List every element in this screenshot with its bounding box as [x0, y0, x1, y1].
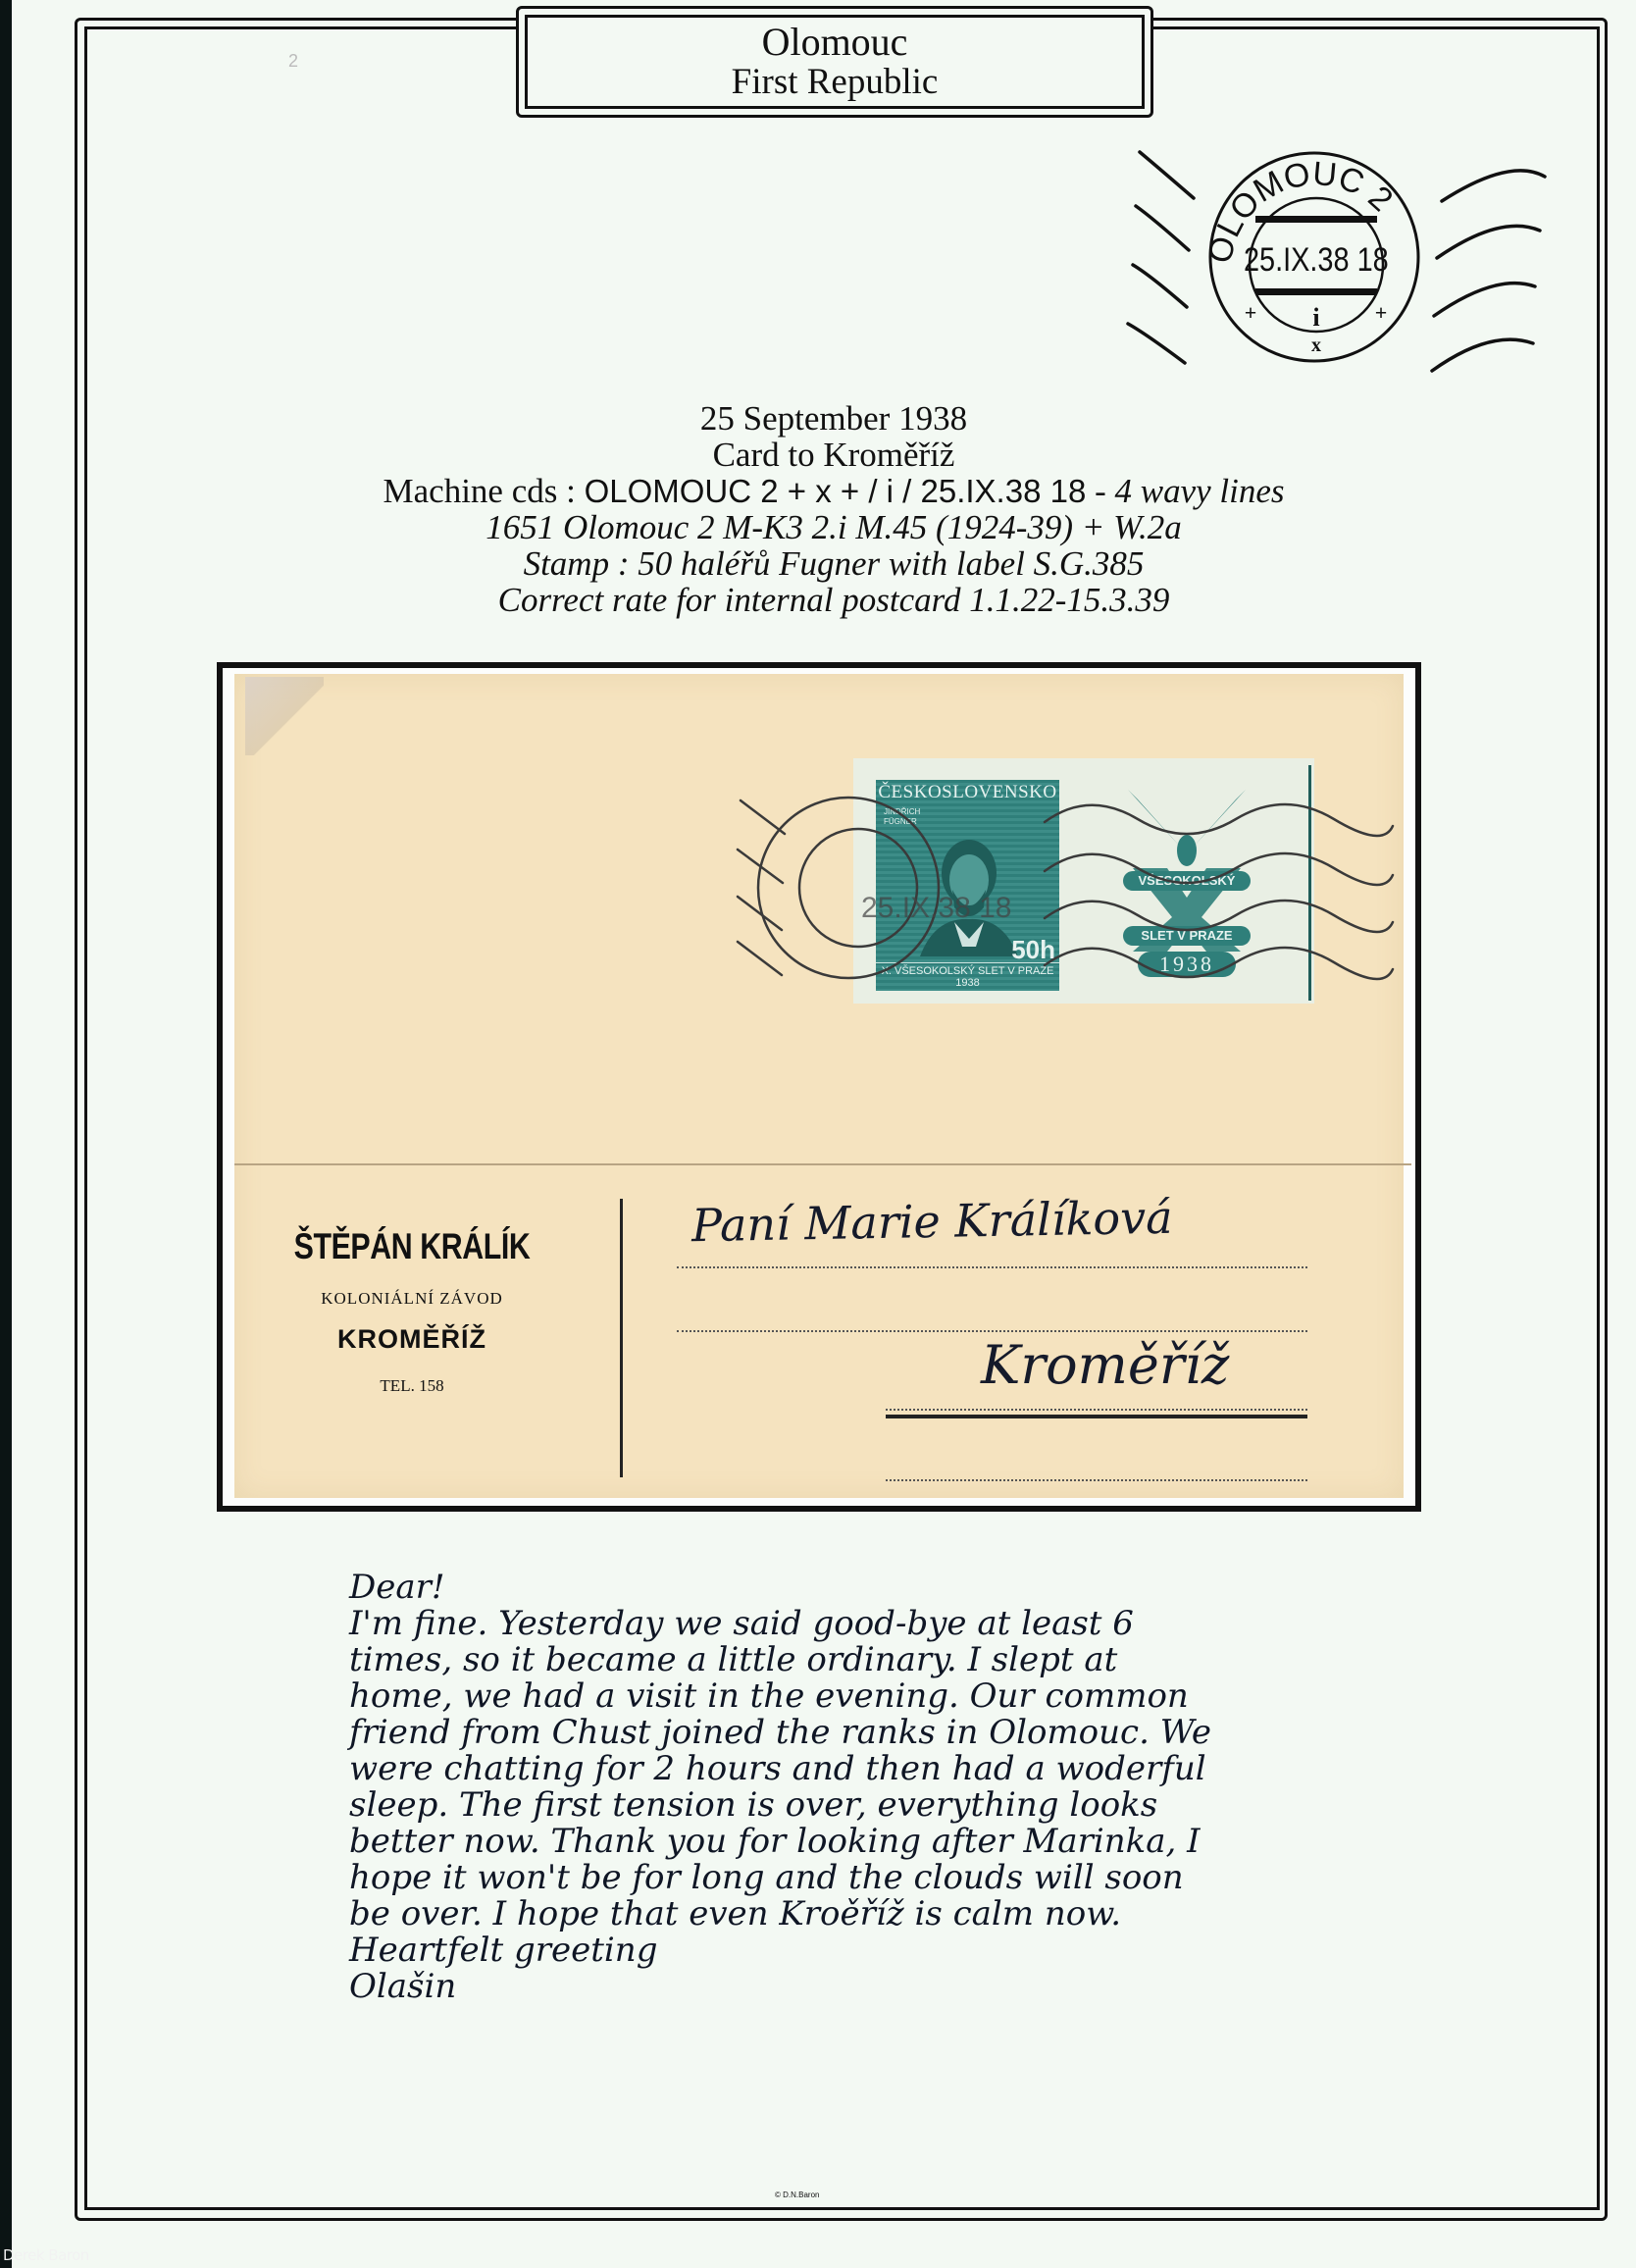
letter-line: better now. Thank you for looking after …: [349, 1824, 1310, 1860]
page-title: Olomouc: [762, 22, 908, 63]
title-box: Olomouc First Republic: [516, 6, 1153, 118]
desc-cancel: Machine cds : OLOMOUC 2 + x + / i / 25.I…: [196, 473, 1471, 509]
letter-line: home, we had a visit in the evening. Our…: [349, 1678, 1310, 1715]
desc-catalogue: 1651 Olomouc 2 M-K3 2.i M.45 (1924-39) +…: [196, 509, 1471, 545]
svg-text:i: i: [1312, 303, 1319, 332]
desc-date: 25 September 1938: [196, 400, 1471, 437]
postcard-fold-line: [234, 1163, 1411, 1165]
letter-translation: Dear! I'm fine. Yesterday we said good-b…: [349, 1570, 1310, 2005]
address-underline: [886, 1415, 1307, 1418]
sender-trade: KOLONIÁLNÍ ZÁVOD: [245, 1289, 579, 1309]
wavy-lines-left-icon: [1128, 152, 1194, 363]
svg-text:x: x: [1311, 335, 1321, 356]
stamp-label-slet: VŠESOKOLSKÝ SLET V PRAZE 1938: [1069, 775, 1304, 1001]
svg-text:+: +: [1245, 300, 1257, 325]
letter-line: friend from Chust joined the ranks in Ol…: [349, 1715, 1310, 1751]
desc-rate: Correct rate for internal postcard 1.1.2…: [196, 582, 1471, 618]
letter-line: sleep. The first tension is over, everyt…: [349, 1787, 1310, 1824]
letter-line: Olašin: [349, 1969, 1310, 2005]
letter-line: I'm fine. Yesterday we said good-bye at …: [349, 1606, 1310, 1642]
card-divider: [620, 1199, 623, 1477]
portrait-icon: [915, 829, 1023, 956]
sheet-margin-line: [1308, 765, 1311, 1001]
address-line-4: [886, 1479, 1307, 1481]
sender-imprint: ŠTĚPÁN KRÁLÍK KOLONIÁLNÍ ZÁVOD KROMĚŘÍŽ …: [245, 1226, 579, 1396]
letter-line: times, so it became a little ordinary. I…: [349, 1642, 1310, 1678]
pencil-page-number: 2: [288, 51, 298, 72]
address-line-3: [886, 1409, 1307, 1411]
sender-town: KROMĚŘÍŽ: [245, 1324, 579, 1355]
album-binder-edge: [0, 0, 12, 2268]
letter-line: be over. I hope that even Kroěříž is cal…: [349, 1896, 1310, 1933]
desc-stamp: Stamp : 50 haléřů Fugner with label S.G.…: [196, 545, 1471, 582]
mounting-corner: [245, 677, 324, 755]
address-line-1: [677, 1266, 1307, 1268]
letter-line: Dear!: [349, 1570, 1310, 1606]
wavy-lines-right-icon: [1432, 171, 1545, 371]
postmark-illustration: OLOMOUC 2 25.IX.38 18 i + + x: [1099, 128, 1618, 373]
addressee-town: Kroměříž: [981, 1334, 1229, 1396]
address-line-2: [677, 1330, 1307, 1332]
letter-line: were chatting for 2 hours and then had a…: [349, 1751, 1310, 1787]
addressee-name: Paní Marie Králíková: [691, 1191, 1173, 1253]
stamp-fugner-50h: ČESKOSLOVENSKO JINDŘICHFÜGNER 50h X. VŠE…: [876, 780, 1059, 991]
desc-route: Card to Kroměříž: [196, 437, 1471, 473]
sender-telephone: TEL. 158: [245, 1376, 579, 1396]
postmark-date: 25.IX.38 18: [1244, 240, 1389, 279]
svg-text:+: +: [1375, 300, 1388, 325]
copyright-notice: © D.N.Baron: [775, 2191, 819, 2199]
photographer-watermark: Derek Baron: [3, 2246, 89, 2264]
letter-line: hope it won't be for long and the clouds…: [349, 1860, 1310, 1896]
cover-description: 25 September 1938 Card to Kroměříž Machi…: [196, 400, 1471, 618]
sender-name: ŠTĚPÁN KRÁLÍK: [276, 1226, 549, 1267]
letter-line: Heartfelt greeting: [349, 1933, 1310, 1969]
page-subtitle: First Republic: [732, 63, 939, 102]
